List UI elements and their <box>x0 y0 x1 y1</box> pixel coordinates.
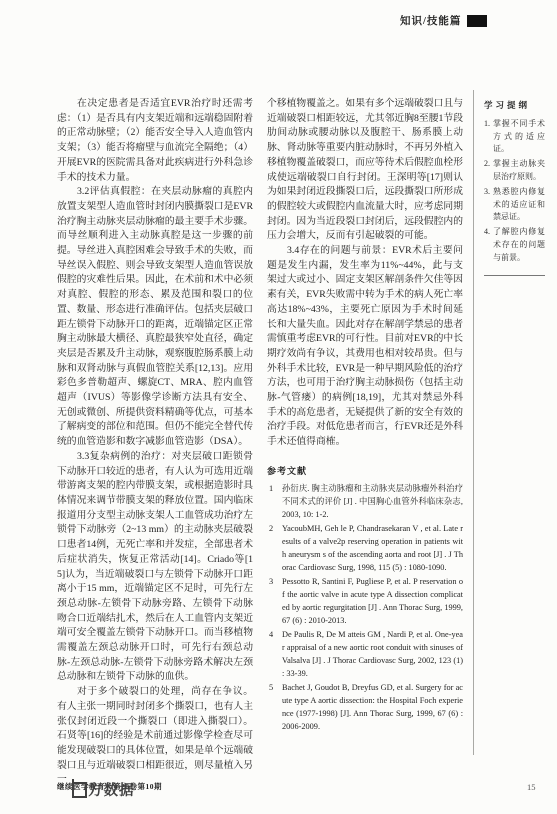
outline-item-number: 4. <box>484 226 490 239</box>
outline-bottom-rule <box>484 275 545 276</box>
reference-item: 3 Pessotto R, Santini F, Pugliese P, et … <box>267 575 463 627</box>
outline-item-text: 掌握主动脉夹层治疗原则。 <box>493 159 545 181</box>
reference-number: 1 <box>269 482 273 495</box>
section-category-label: 知识/技能篇 <box>400 13 461 28</box>
paragraph-considerations: 在决定患者是否适宜EVR治疗时还需考虑：（1）是否具有内支架近端和远端稳固附着的… <box>57 97 253 185</box>
reference-text: 孙衍庆. 胸主动脉瘤和主动脉夹层动脉瘤外科治疗不同术式的评价 [J] . 中国胸… <box>282 484 463 519</box>
outline-item-number: 3. <box>484 186 490 199</box>
reference-number: 2 <box>269 522 273 535</box>
study-outline-sidebar: 学习提纲 1. 掌握不同手术方式的适应证。 2. 掌握主动脉夹层治疗原则。 3.… <box>484 99 545 276</box>
header-black-marker-icon <box>467 15 487 27</box>
article-body: 在决定患者是否适宜EVR治疗时还需考虑：（1）是否具有内支架近端和远端稳固附着的… <box>57 97 463 788</box>
outline-item-number: 1. <box>484 118 490 131</box>
reference-text: Bachet J, Goudot B, Dreyfus GD, et al. S… <box>282 683 463 731</box>
outline-item-text: 掌握不同手术方式的适应证。 <box>493 119 545 154</box>
sidebar-divider-line <box>473 90 474 755</box>
reference-number: 5 <box>269 681 273 694</box>
right-column: 个移植物覆盖之。如果有多个远端破裂口且与近端破裂口相距较远，尤其邻近胸8至腰1节… <box>267 97 463 788</box>
paragraph-continuation: 个移植物覆盖之。如果有多个远端破裂口且与近端破裂口相距较远，尤其邻近胸8至腰1节… <box>267 97 463 244</box>
paragraph-multiple-tears: 对于多个破裂口的处理，尚存在争议。有人主张一期同时封闭多个撕裂口，也有人主张仅封… <box>57 685 253 788</box>
page-header: 知识/技能篇 <box>400 13 487 28</box>
reference-item: 4 De Paulis R, De M atteis GM , Nardi P,… <box>267 628 463 680</box>
reference-item: 5 Bachet J, Goudot B, Dreyfus GD, et al.… <box>267 681 463 733</box>
study-outline-heading: 学习提纲 <box>484 99 545 112</box>
wanfang-watermark: 方数据 <box>72 779 135 800</box>
paragraph-section-3-3: 3.3复杂病例的治疗：对夹层破口距锁骨下动脉开口较近的患者，有人认为可选用近端带… <box>57 450 253 685</box>
wanfang-logo-icon <box>72 782 87 798</box>
outline-item: 1. 掌握不同手术方式的适应证。 <box>484 118 545 156</box>
reference-item: 2 YacoubMH, Geh le P, Chandrasekaran V ,… <box>267 522 463 574</box>
watermark-text: 方数据 <box>88 779 135 800</box>
references-heading: 参考文献 <box>267 464 463 477</box>
outline-item: 3. 熟悉腔内修复术的适应证和禁忌证。 <box>484 186 545 224</box>
left-column: 在决定患者是否适宜EVR治疗时还需考虑：（1）是否具有内支架近端和远端稳固附着的… <box>57 97 253 788</box>
reference-text: YacoubMH, Geh le P, Chandrasekaran V , e… <box>282 524 463 572</box>
outline-item: 2. 掌握主动脉夹层治疗原则。 <box>484 158 545 184</box>
outline-item: 4. 了解腔内修复术存在的问题与前景。 <box>484 226 545 264</box>
paragraph-section-3-4: 3.4存在的问题与前景：EVR术后主要问题是发生内漏，发生率为11%~44%，此… <box>267 244 463 450</box>
reference-number: 4 <box>269 628 273 641</box>
reference-item: 1 孙衍庆. 胸主动脉瘤和主动脉夹层动脉瘤外科治疗不同术式的评价 [J] . 中… <box>267 482 463 521</box>
references-section: 参考文献 1 孙衍庆. 胸主动脉瘤和主动脉夹层动脉瘤外科治疗不同术式的评价 [J… <box>267 464 463 733</box>
reference-text: De Paulis R, De M atteis GM , Nardi P, e… <box>282 630 463 678</box>
page-number: 15 <box>527 782 536 792</box>
outline-item-text: 熟悉腔内修复术的适应证和禁忌证。 <box>493 187 545 222</box>
outline-item-text: 了解腔内修复术存在的问题与前景。 <box>493 227 545 262</box>
reference-text: Pessotto R, Santini F, Pugliese P, et al… <box>282 577 463 625</box>
journal-page: 知识/技能篇 在决定患者是否适宜EVR治疗时还需考虑：（1）是否具有内支架近端和… <box>0 0 557 814</box>
reference-number: 3 <box>269 575 273 588</box>
outline-item-number: 2. <box>484 158 490 171</box>
paragraph-section-3-2: 3.2评估真假腔：在夹层动脉瘤的真腔内放置支架型人造血管时封闭内膜撕裂口是EVR… <box>57 185 253 450</box>
